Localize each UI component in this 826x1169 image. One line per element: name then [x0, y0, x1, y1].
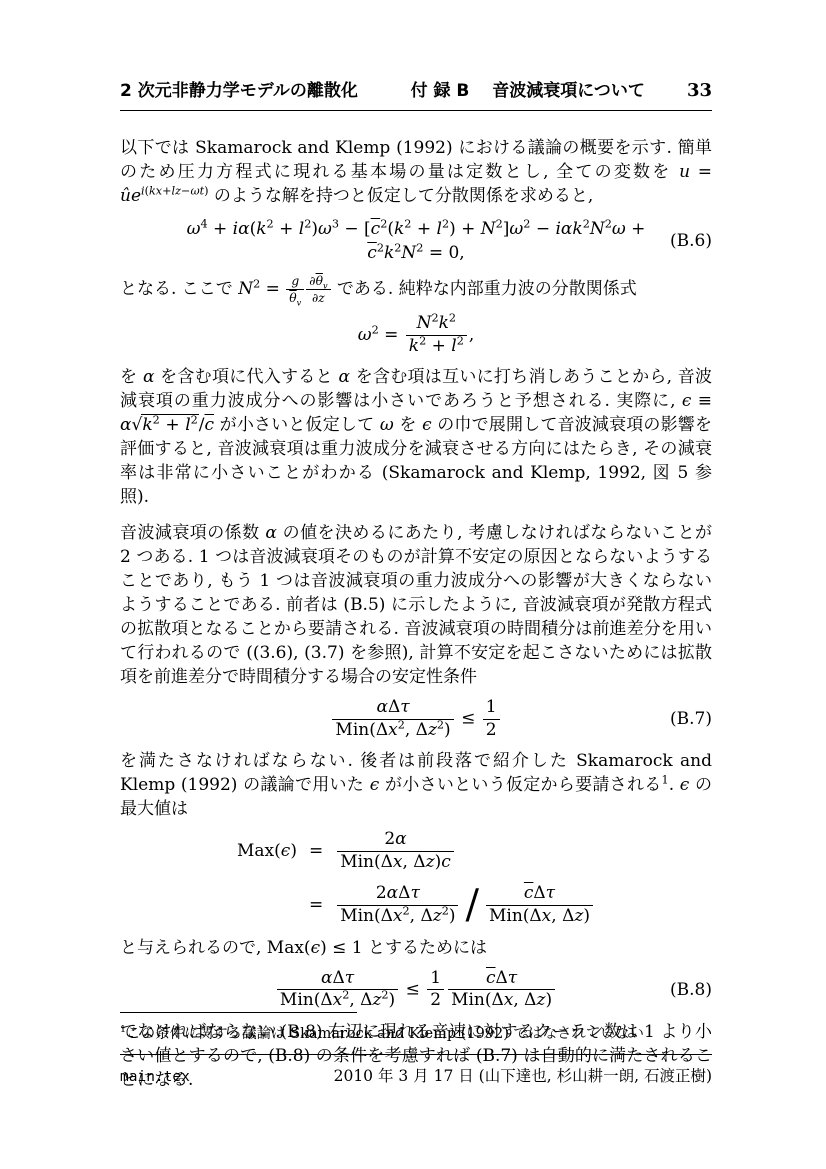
equation-max-epsilon: Max(ϵ) = 2αMin(Δx, Δz)c = 2αΔτMin(Δx2, Δ…	[120, 830, 712, 926]
footnote-rule	[120, 1012, 357, 1013]
paragraph-n2-definition: となる. ここで N2 = gθv∂θv∂z である. 純粋な内部重力波の分散関…	[120, 274, 712, 305]
equation-b8: αΔτMin(Δx2, Δz2) ≤ 12cΔτMin(Δx, Δz) (B.8…	[120, 969, 712, 1011]
max-epsilon-lhs: Max(ϵ)	[237, 839, 297, 863]
equation-b6-body: ω4 + iα(k2 + l2)ω3 − [c2(k2 + l2) + N2]ω…	[172, 217, 660, 265]
equation-b8-tag: (B.8)	[660, 978, 712, 1002]
equation-b7-tag: (B.7)	[660, 707, 712, 731]
page-number: 33	[687, 80, 712, 101]
equation-b6-tag: (B.6)	[660, 229, 712, 253]
equation-b7: αΔτMin(Δx2, Δz2) ≤ 12 (B.7)	[120, 698, 712, 740]
footnote-text: 1この条件に関する議論は Skamarock and Klemp (1992) …	[120, 1020, 712, 1044]
document-page: 2 次元非静力学モデルの離散化 付 録 B 音波減衰項について 33 以下では …	[0, 0, 826, 1169]
max-epsilon-rhs-2: 2αΔτMin(Δx2, Δz2)/cΔτMin(Δx, Δz)	[335, 884, 595, 926]
chapter-title: 2 次元非静力学モデルの離散化	[120, 76, 358, 101]
appendix-title: 付 録 B 音波減衰項について	[411, 76, 645, 101]
page-header: 2 次元非静力学モデルの離散化 付 録 B 音波減衰項について 33	[120, 76, 712, 111]
footnote: 1この条件に関する議論は Skamarock and Klemp (1992) …	[120, 1012, 712, 1044]
paragraph-max-condition: と与えられるので, Max(ϵ) ≤ 1 とするためには	[120, 936, 712, 960]
body-text: 以下では Skamarock and Klemp (1992) における議論の概…	[120, 136, 712, 1092]
paragraph-alpha-conditions: 音波減衰項の係数 α の値を決めるにあたり, 考慮しなければならないことが 2 …	[120, 521, 712, 689]
equation-b7-body: αΔτMin(Δx2, Δz2) ≤ 12	[172, 698, 660, 740]
paragraph-stability: を満たさなければならない. 後者は前段落で紹介した Skamarock and …	[120, 749, 712, 821]
date-authors: 2010 年 3 月 17 日 (山下達也, 杉山耕一朗, 石渡正樹)	[334, 1064, 712, 1086]
equation-b8-body: αΔτMin(Δx2, Δz2) ≤ 12cΔτMin(Δx, Δz)	[172, 969, 660, 1011]
equals-sign: =	[309, 893, 323, 917]
equals-sign: =	[309, 839, 323, 863]
paragraph-intro: 以下では Skamarock and Klemp (1992) における議論の概…	[120, 136, 712, 208]
paragraph-epsilon-expansion: を α を含む項に代入すると α を含む項は互いに打ち消しあうことから, 音波減…	[120, 365, 712, 509]
equation-b6: ω4 + iα(k2 + l2)ω3 − [c2(k2 + l2) + N2]ω…	[120, 217, 712, 265]
equation-dispersion: ω2 = N2k2k2 + l2,	[120, 314, 712, 356]
equation-dispersion-body: ω2 = N2k2k2 + l2,	[358, 325, 475, 345]
page-footer: main.tex 2010 年 3 月 17 日 (山下達也, 杉山耕一朗, 石…	[120, 1054, 712, 1086]
max-epsilon-rhs-1: 2αMin(Δx, Δz)c	[335, 830, 456, 872]
source-filename: main.tex	[120, 1069, 190, 1085]
